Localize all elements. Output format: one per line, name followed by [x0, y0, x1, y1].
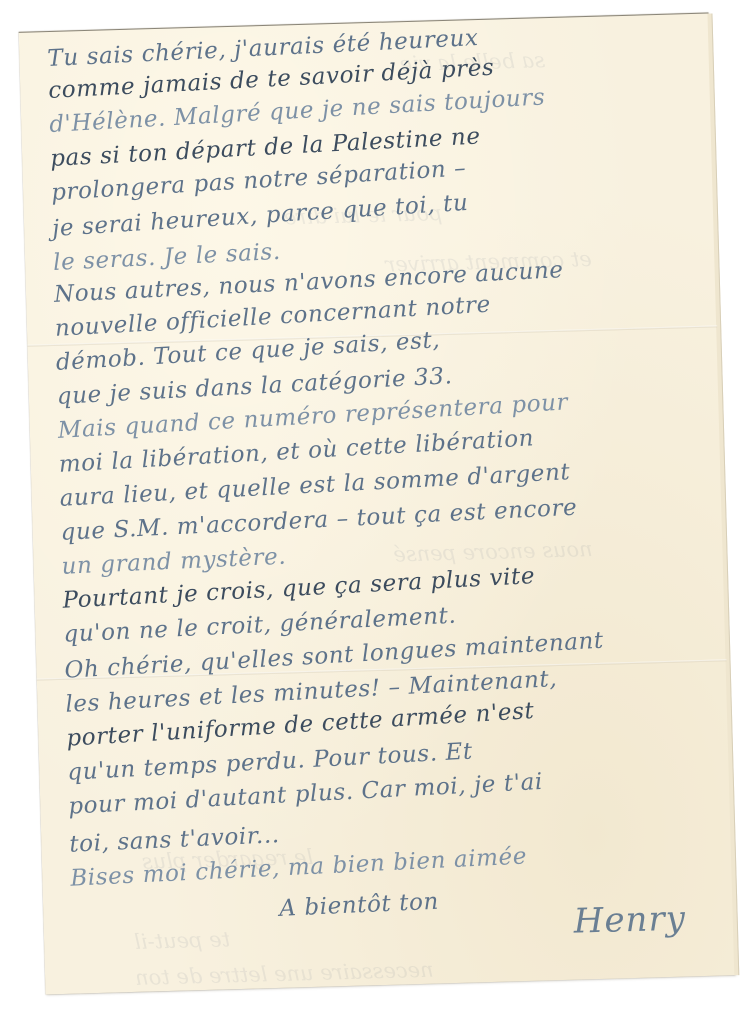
handwritten-line: un grand mystère. — [61, 544, 287, 580]
handwritten-line: A bientôt ton — [279, 889, 440, 922]
bleed-through-text: te peut-il — [134, 927, 231, 954]
paper-edge — [707, 13, 739, 975]
signature: Henry — [573, 899, 686, 942]
bleed-through-text: necessaire une lettre de ton — [135, 958, 434, 990]
letter-paper: sa belle la viepour le lui direet commen… — [19, 13, 736, 995]
bleed-through-text: nous encore pensé — [393, 537, 593, 567]
handwritten-line: le seras. Je le sais. — [53, 239, 282, 276]
scanned-letter-page: sa belle la viepour le lui direet commen… — [0, 0, 747, 1024]
